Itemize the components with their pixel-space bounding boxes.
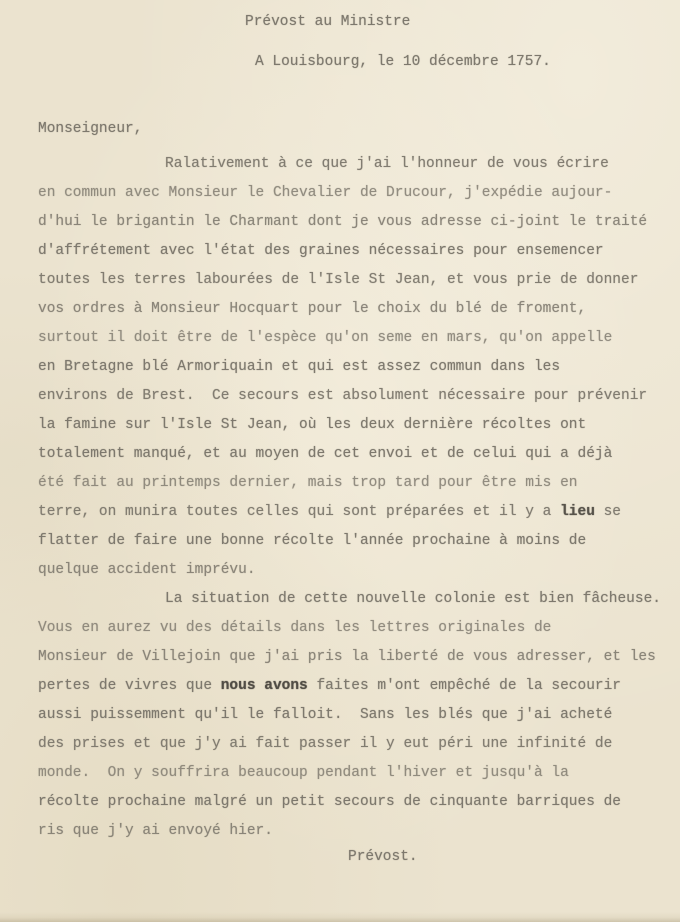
text-segment: Vous en aurez vu des détails dans les le…: [38, 620, 551, 636]
text-segment: vos ordres à Monsieur Hocquart pour le c…: [38, 301, 586, 317]
text-segment: terre, on munira toutes celles qui sont …: [38, 504, 560, 520]
letter-line: La situation de cette nouvelle colonie e…: [38, 585, 670, 614]
letter-line: terre, on munira toutes celles qui sont …: [38, 498, 670, 527]
text-segment: environs de Brest. Ce secours est absolu…: [38, 388, 647, 404]
letter-line: flatter de faire une bonne récolte l'ann…: [38, 527, 670, 556]
letter-signature: Prévost.: [348, 849, 418, 865]
text-segment: ris que j'y ai envoyé hier.: [38, 823, 273, 839]
letter-line: en commun avec Monsieur le Chevalier de …: [38, 179, 670, 208]
letter-line: environs de Brest. Ce secours est absolu…: [38, 382, 670, 411]
letter-line: la famine sur l'Isle St Jean, où les deu…: [38, 411, 670, 440]
letter-line: totalement manqué, et au moyen de cet en…: [38, 440, 670, 469]
emphasized-text: nous avons: [221, 678, 308, 694]
text-segment: totalement manqué, et au moyen de cet en…: [38, 446, 612, 462]
text-segment: flatter de faire une bonne récolte l'ann…: [38, 533, 586, 549]
letter-line: surtout il doit être de l'espèce qu'on s…: [38, 324, 670, 353]
letter-line: aussi puissemment qu'il le falloit. Sans…: [38, 701, 670, 730]
letter-line: Vous en aurez vu des détails dans les le…: [38, 614, 670, 643]
text-segment: pertes de vivres que: [38, 678, 221, 694]
text-segment: d'hui le brigantin le Charmant dont je v…: [38, 214, 647, 230]
letter-line: Ralativement à ce que j'ai l'honneur de …: [38, 150, 670, 179]
text-segment: des prises et que j'y ai fait passer il …: [38, 736, 612, 752]
letter-line: ris que j'y ai envoyé hier.: [38, 817, 670, 846]
text-segment: en commun avec Monsieur le Chevalier de …: [38, 185, 612, 201]
text-segment: récolte prochaine malgré un petit secour…: [38, 794, 621, 810]
letter-line: toutes les terres labourées de l'Isle St…: [38, 266, 670, 295]
text-segment: Ralativement à ce que j'ai l'honneur de …: [165, 156, 609, 172]
letter-line: vos ordres à Monsieur Hocquart pour le c…: [38, 295, 670, 324]
text-segment: monde. On y souffrira beaucoup pendant l…: [38, 765, 569, 781]
text-segment: se: [595, 504, 621, 520]
letter-line: des prises et que j'y ai fait passer il …: [38, 730, 670, 759]
text-segment: d'affrétement avec l'état des graines né…: [38, 243, 604, 259]
letter-salutation: Monseigneur,: [38, 121, 142, 137]
letter-line: monde. On y souffrira beaucoup pendant l…: [38, 759, 670, 788]
text-segment: surtout il doit être de l'espèce qu'on s…: [38, 330, 612, 346]
text-segment: été fait au printemps dernier, mais trop…: [38, 475, 578, 491]
letter-line: quelque accident imprévu.: [38, 556, 670, 585]
letter-line: été fait au printemps dernier, mais trop…: [38, 469, 670, 498]
letter-line: pertes de vivres que nous avons faites m…: [38, 672, 670, 701]
letter-line: récolte prochaine malgré un petit secour…: [38, 788, 670, 817]
text-segment: la famine sur l'Isle St Jean, où les deu…: [38, 417, 586, 433]
letter-page: Prévost au Ministre A Louisbourg, le 10 …: [0, 0, 680, 922]
text-segment: quelque accident imprévu.: [38, 562, 256, 578]
text-segment: toutes les terres labourées de l'Isle St…: [38, 272, 638, 288]
letter-dateline: A Louisbourg, le 10 décembre 1757.: [255, 54, 551, 70]
letter-title: Prévost au Ministre: [245, 14, 410, 30]
text-segment: Monsieur de Villejoin que j'ai pris la l…: [38, 649, 656, 665]
text-segment: en Bretagne blé Armoriquain et qui est a…: [38, 359, 560, 375]
letter-line: d'affrétement avec l'état des graines né…: [38, 237, 670, 266]
letter-line: d'hui le brigantin le Charmant dont je v…: [38, 208, 670, 237]
letter-body: Ralativement à ce que j'ai l'honneur de …: [38, 150, 670, 846]
text-segment: aussi puissemment qu'il le falloit. Sans…: [38, 707, 612, 723]
letter-line: en Bretagne blé Armoriquain et qui est a…: [38, 353, 670, 382]
letter-line: Monsieur de Villejoin que j'ai pris la l…: [38, 643, 670, 672]
text-segment: faites m'ont empêché de la secourir: [308, 678, 621, 694]
text-segment: La situation de cette nouvelle colonie e…: [165, 591, 661, 607]
emphasized-text: lieu: [560, 504, 595, 520]
